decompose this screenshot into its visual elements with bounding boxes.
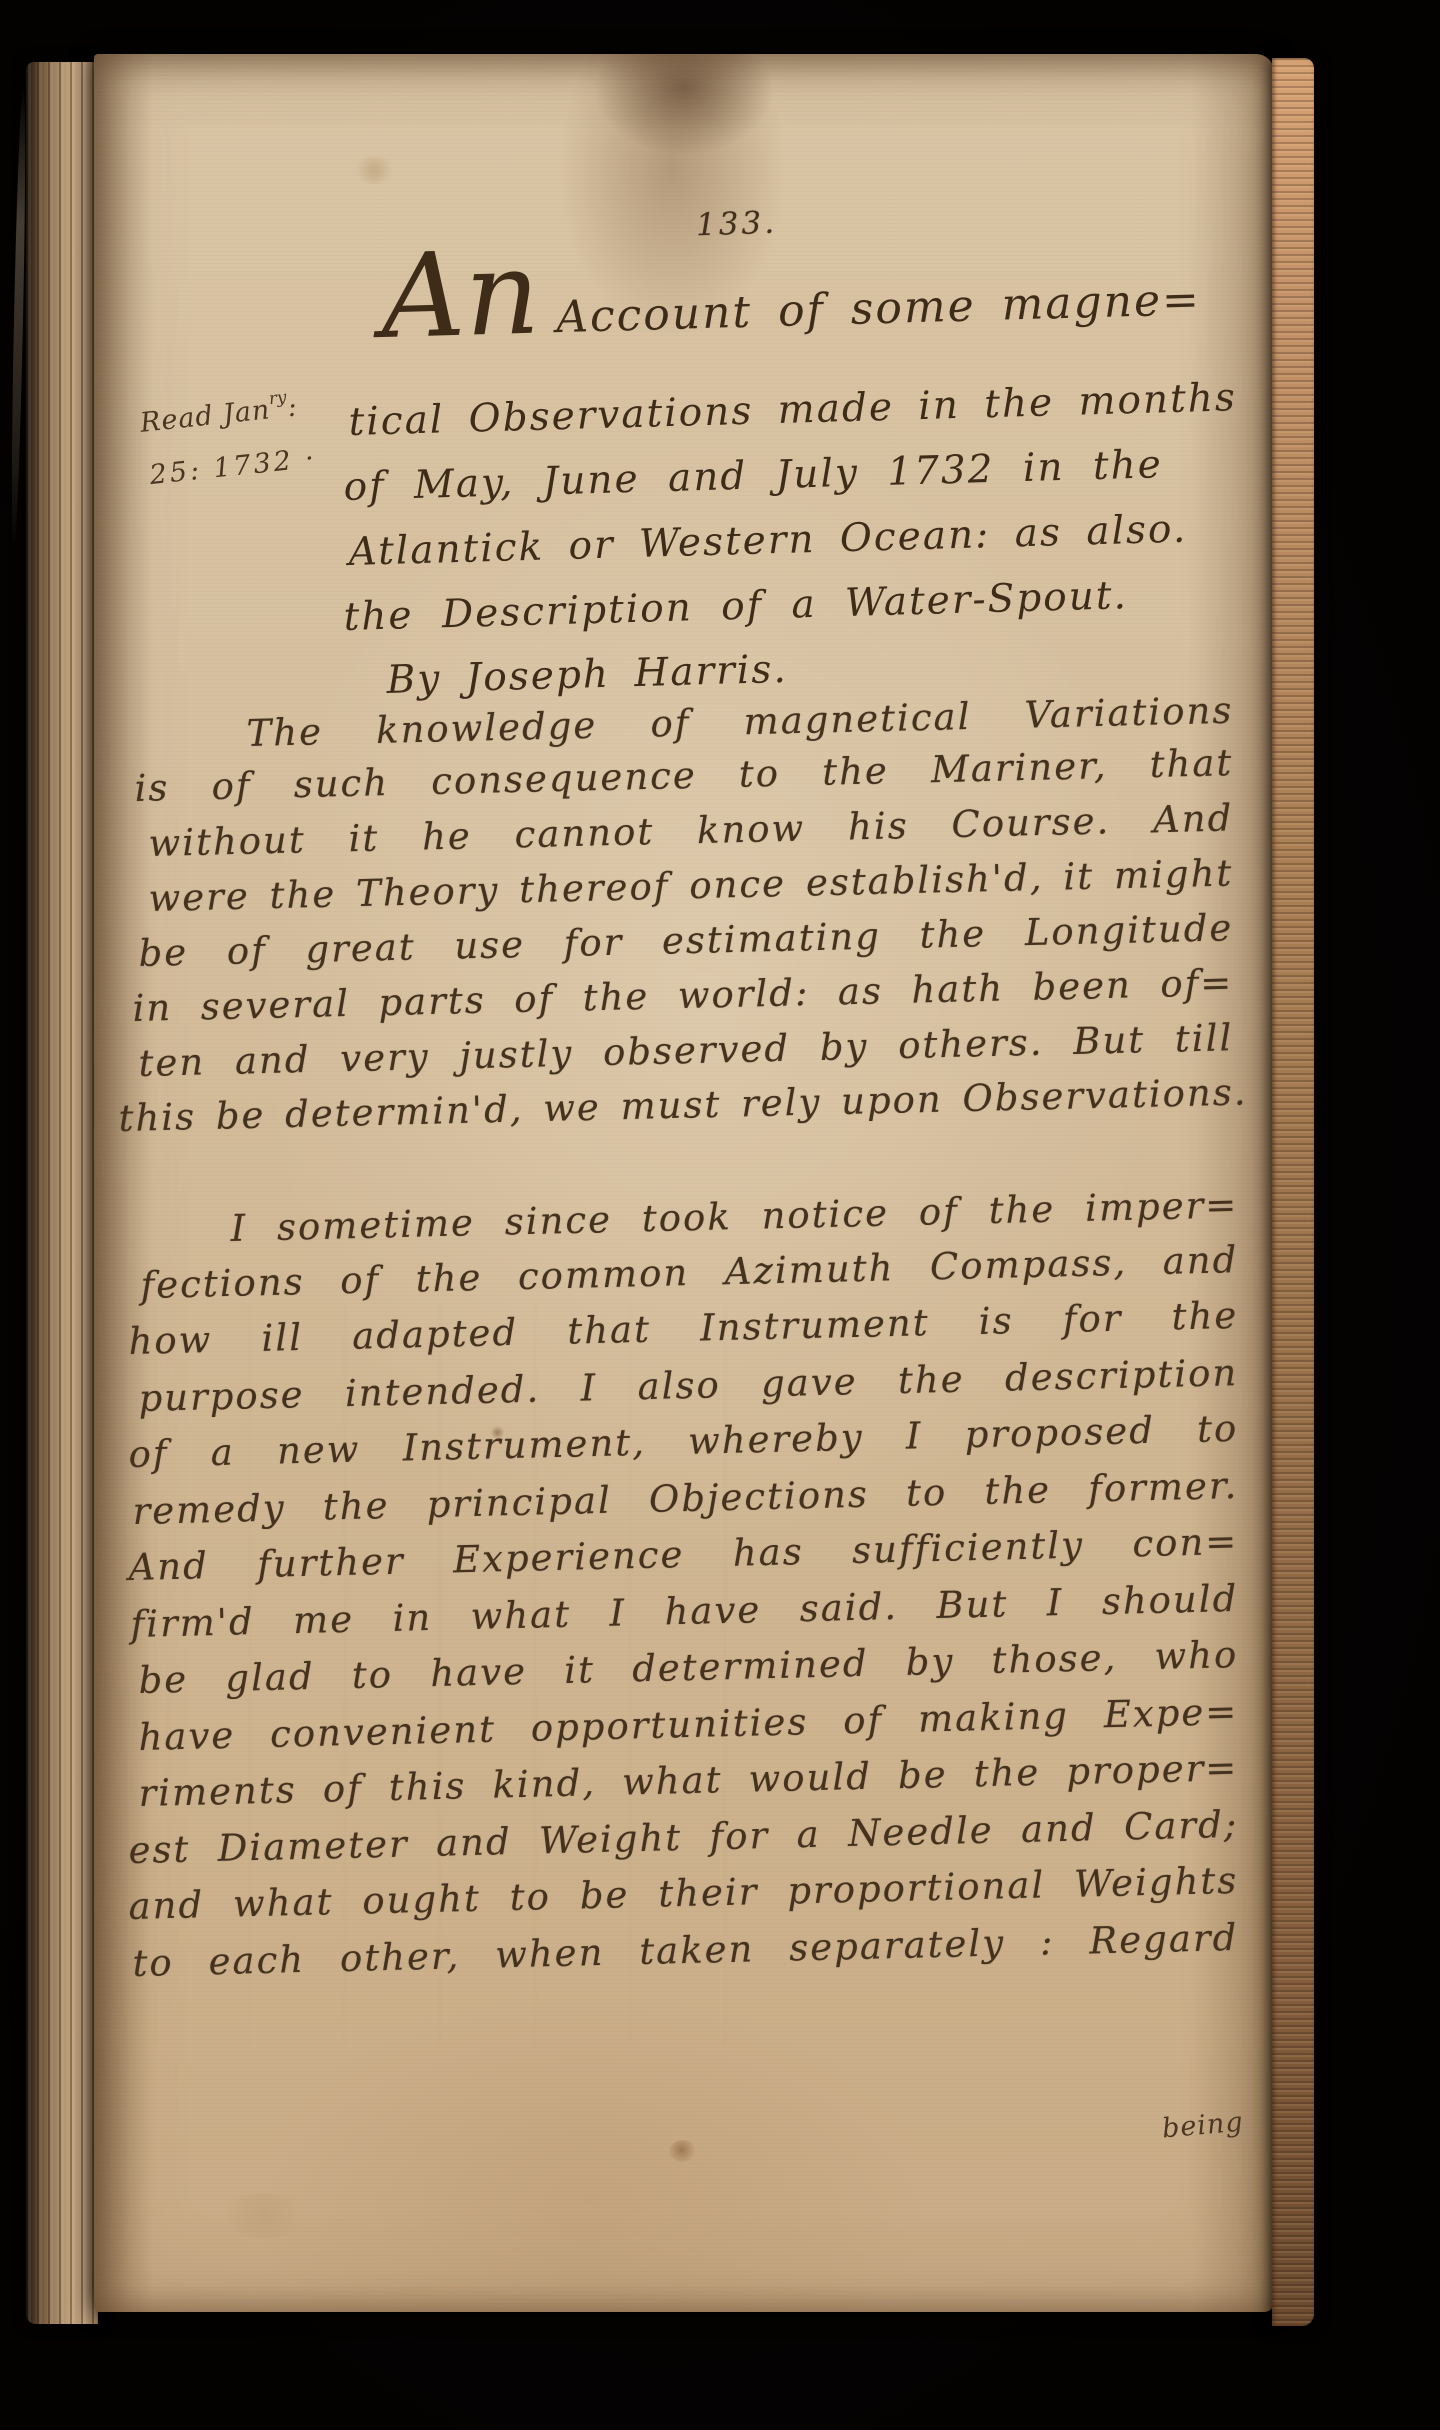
book-fore-edge bbox=[1272, 58, 1314, 2326]
manuscript-page: 133. Read Janry: 25: 1732 · AnAccount of… bbox=[94, 54, 1274, 2312]
paper-stain bbox=[352, 156, 396, 184]
catchword: being bbox=[1161, 2107, 1245, 2145]
manuscript-photo: 133. Read Janry: 25: 1732 · AnAccount of… bbox=[0, 0, 1440, 2430]
page-number: 133. bbox=[695, 205, 777, 244]
paragraph-2: I sometime since took notice of the impe… bbox=[119, 1209, 1239, 2000]
title-line-5: the Description of a Water-Spout. bbox=[343, 573, 1128, 640]
marginal-note-line-2: 25: 1732 · bbox=[148, 438, 366, 491]
title-line-3: of May, June and July 1732 in the bbox=[343, 442, 1163, 510]
title-line-1: AnAccount of some magne= bbox=[380, 229, 1202, 348]
paper-stain bbox=[214, 2194, 314, 2238]
paper-stain bbox=[669, 2140, 697, 2162]
marginal-note: Read Janry: 25: 1732 · bbox=[138, 379, 366, 492]
book-gutter-page-edges bbox=[26, 62, 98, 2324]
superscript: ry bbox=[268, 387, 287, 409]
marginal-note-line-1: Read Janry: bbox=[138, 379, 361, 439]
title-line-4: Atlantick or Western Ocean: as also. bbox=[348, 507, 1188, 575]
title-byline: By Joseph Harris. bbox=[386, 647, 788, 703]
title-line-1-rest: Account of some magne= bbox=[556, 274, 1202, 343]
title-initial-word: An bbox=[379, 226, 541, 365]
paragraph-1: The knowledge of magnetical Variations i… bbox=[119, 714, 1234, 1154]
title-line-2: tical Observations made in the months bbox=[348, 375, 1237, 445]
